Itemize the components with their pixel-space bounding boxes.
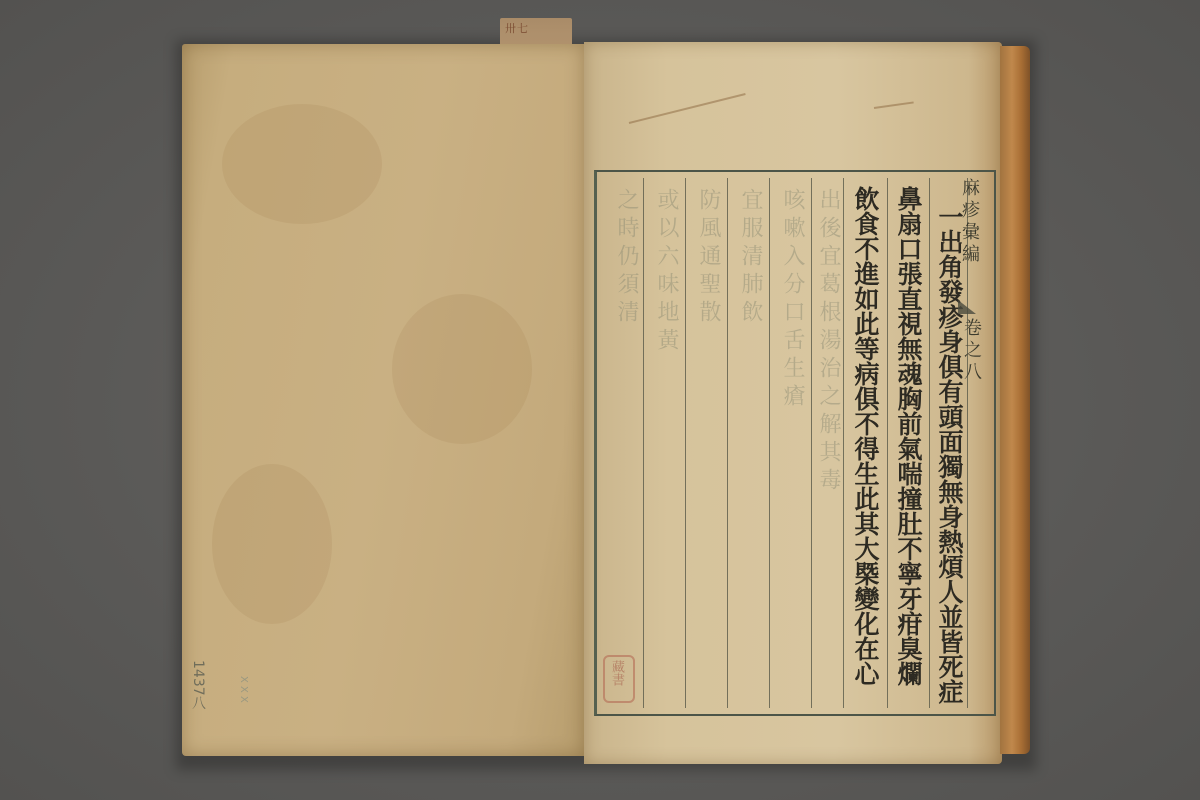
column-rule [643, 178, 644, 708]
ghost-column: 宜服清肺飲 [735, 188, 765, 328]
stain [392, 294, 532, 444]
column-rule [727, 178, 728, 708]
tab-label: 卅七 [505, 20, 529, 36]
block-heart-title: 麻疹彙編 [956, 178, 982, 266]
column-rule [843, 178, 844, 708]
faint-pencil-note: X X X [238, 676, 249, 703]
ghost-column: 出後宜葛根湯治之解其毒 [813, 188, 843, 496]
text-block: 之時仍須清 或以六味地黃 防風通聖散 宜服清肺飲 咳嗽入分口舌生瘡 出後宜葛根湯… [603, 178, 988, 708]
printed-frame: 之時仍須清 或以六味地黃 防風通聖散 宜服清肺飲 咳嗽入分口舌生瘡 出後宜葛根湯… [594, 170, 996, 716]
text-column-2: 鼻扇口張直視無魂胸前氣喘撞肚不寧牙疳臭爛 [890, 186, 926, 686]
ghost-column: 防風通聖散 [693, 188, 723, 328]
page-stack-edge [1000, 46, 1030, 754]
column-rule [685, 178, 686, 708]
seal-text: 藏書 [607, 660, 626, 686]
paper-crease [629, 93, 746, 124]
column-rule [811, 178, 812, 708]
text-column-1: 一出角發疹身俱有頭面獨無身熱煩人並皆死症 [931, 204, 967, 704]
ghost-column: 或以六味地黃 [651, 188, 681, 356]
paper-crease [874, 101, 914, 109]
fish-tail-mark [958, 300, 976, 314]
column-rule [887, 178, 888, 708]
pencil-catalog-number: 1437八 [188, 660, 208, 710]
left-page [182, 44, 584, 756]
stain [212, 464, 332, 624]
column-rule [769, 178, 770, 708]
text-column-3: 飲食不進如此等病俱不得生此其大槩變化在心 [847, 186, 883, 686]
stain [222, 104, 382, 224]
block-heart-volume: 卷之八 [958, 318, 984, 384]
column-rule [929, 178, 930, 708]
ghost-column: 咳嗽入分口舌生瘡 [777, 188, 807, 412]
ghost-column: 之時仍須清 [611, 188, 641, 328]
